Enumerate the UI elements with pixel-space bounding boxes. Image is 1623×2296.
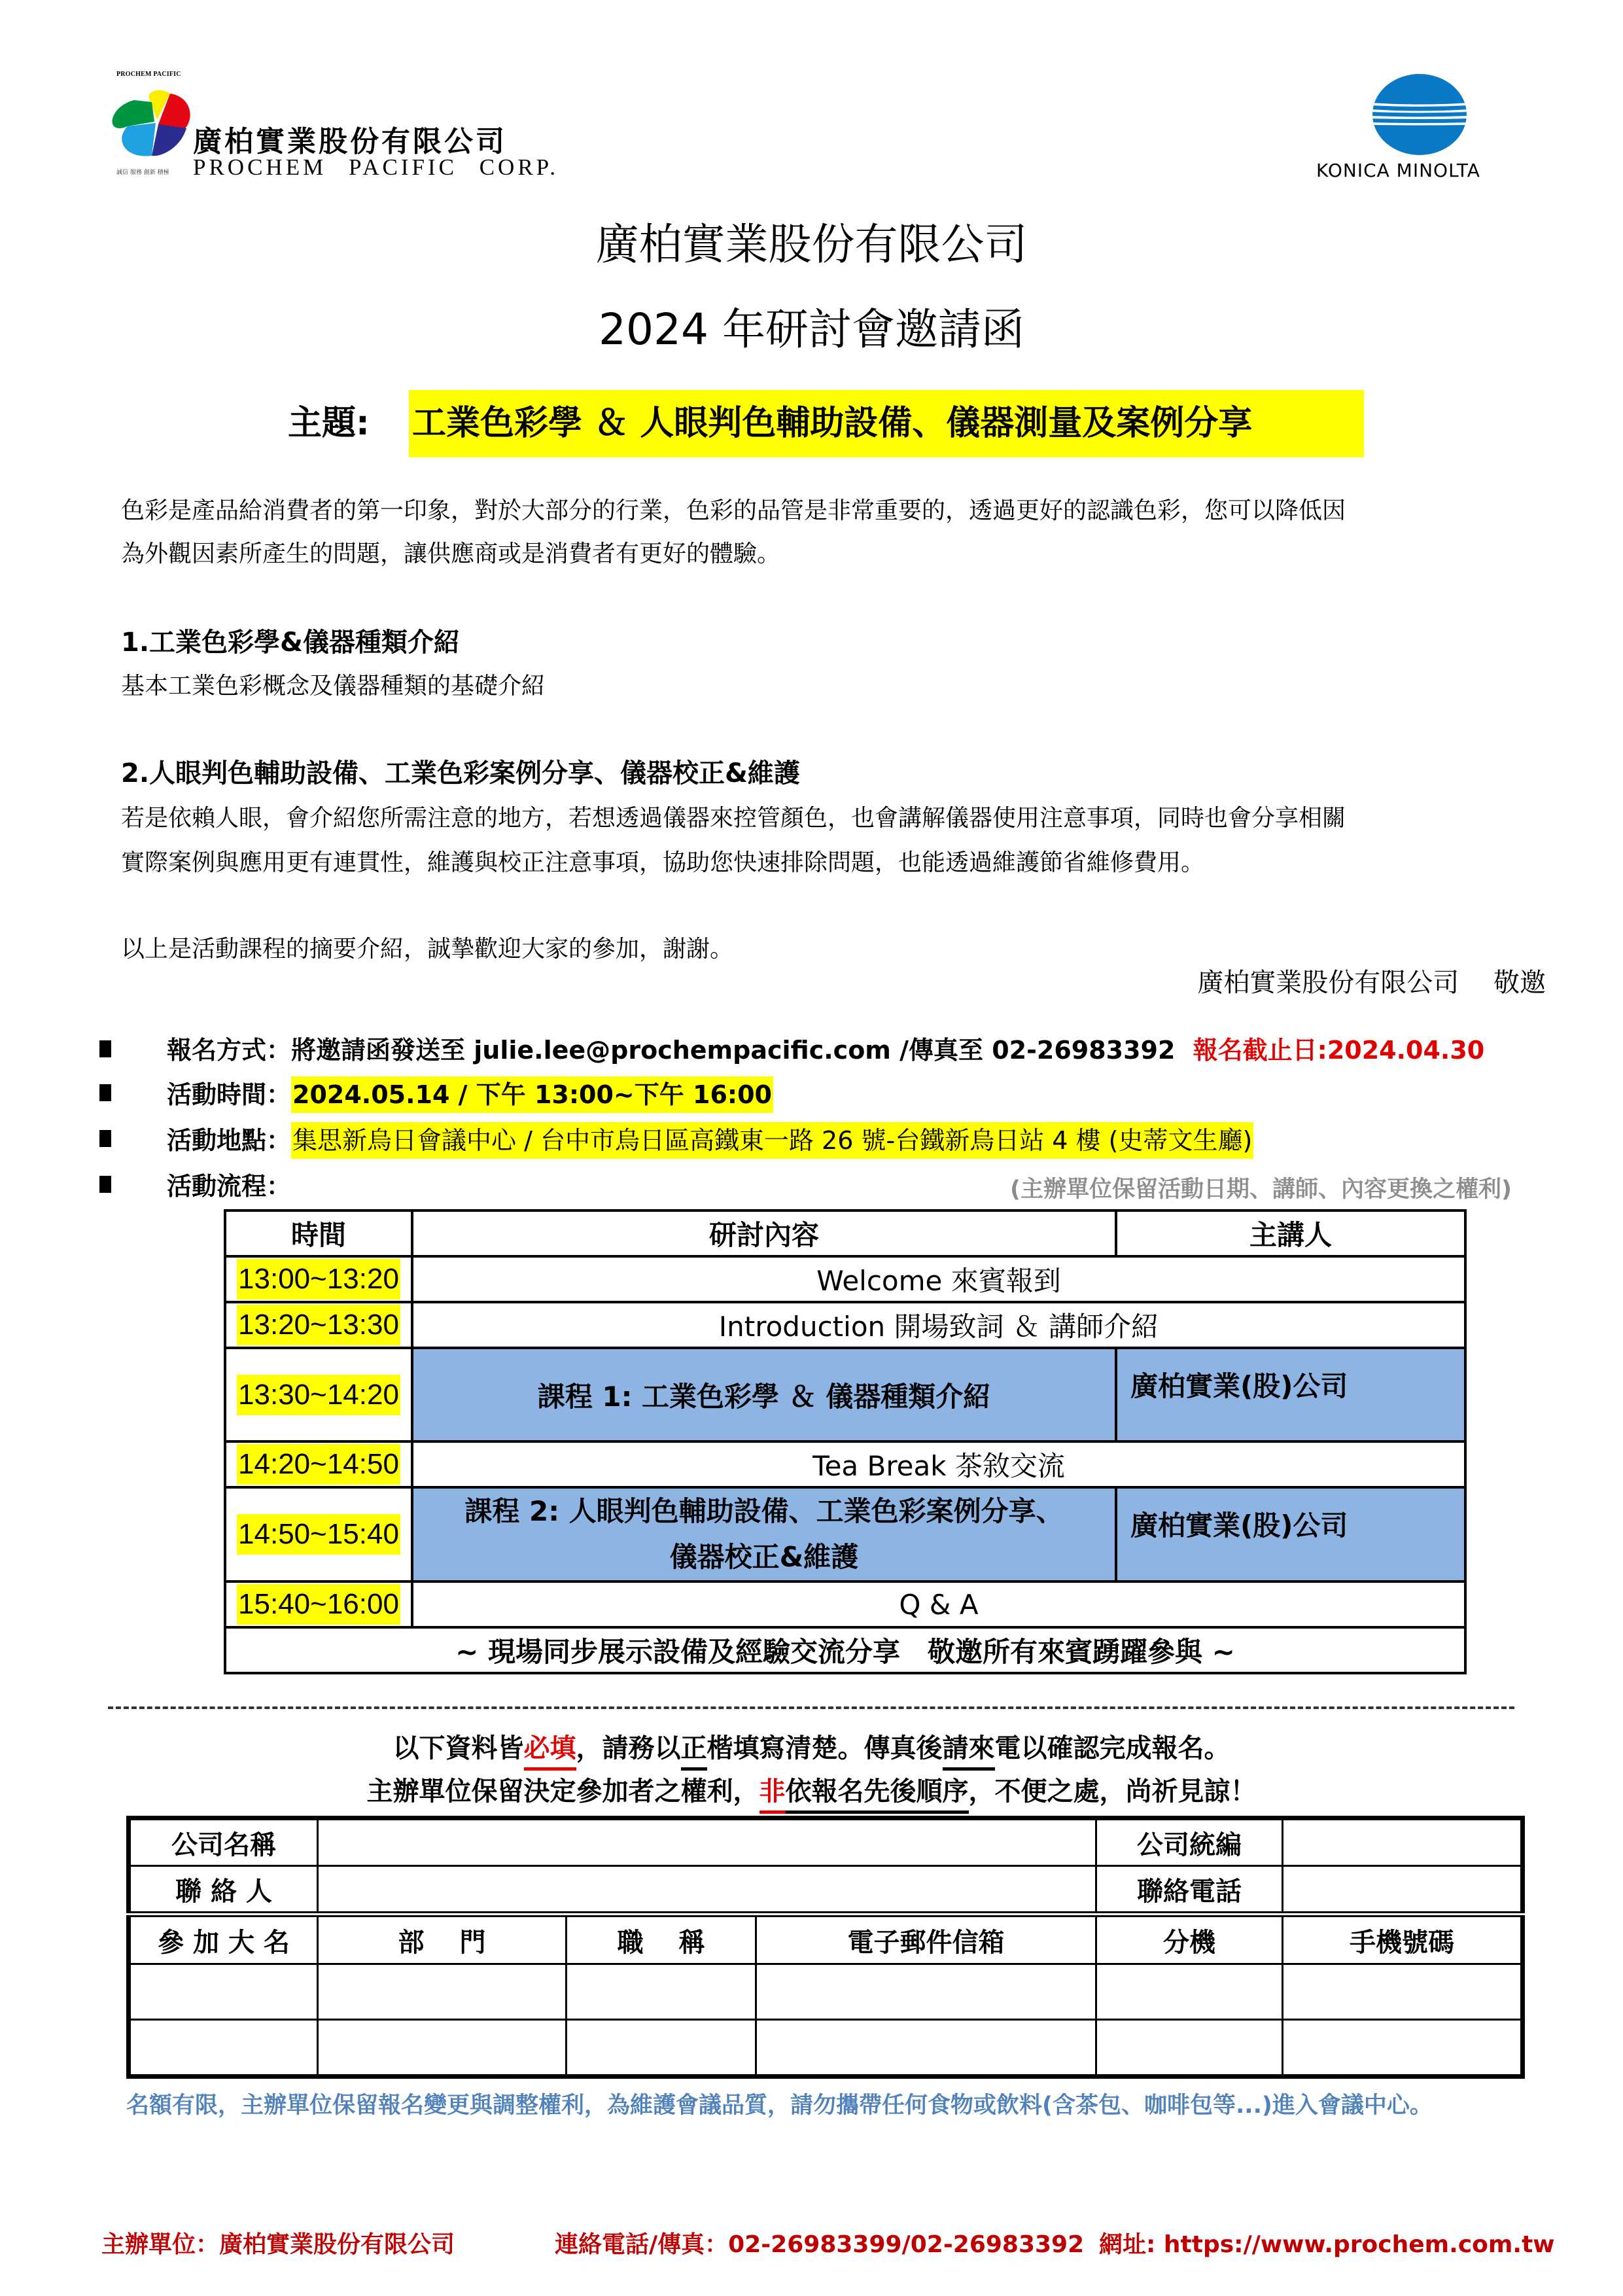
section-1-heading: 1.工業色彩學&儀器種類介紹 — [121, 622, 460, 659]
email-header: 電子郵件信箱 — [756, 1915, 1096, 1964]
section-2-text-1: 若是依賴人眼，會介紹您所需注意的地方，若想透過儀器來控管顏色，也會講解儀器使用注… — [121, 800, 1346, 833]
topic-label: 主題: — [288, 395, 370, 444]
footer-organizer: 主辦單位：廣柏實業股份有限公司 — [101, 2226, 455, 2259]
extension-header: 分機 — [1096, 1915, 1283, 1964]
form-row-company: 公司名稱 公司統編 — [129, 1818, 1523, 1866]
event-time-label: 活動時間： — [167, 1080, 291, 1109]
contact-phone-field[interactable] — [1283, 1866, 1523, 1915]
job-title-header: 職 稱 — [567, 1915, 756, 1964]
form-notice-line-2: 主辦單位保留決定參加者之權利，非依報名先後順序，不便之處，尚祈見諒！ — [0, 1771, 1623, 1808]
department-header: 部 門 — [318, 1915, 567, 1964]
document-title-company: 廣柏實業股份有限公司 — [0, 209, 1623, 272]
email-field[interactable] — [756, 1964, 1096, 2020]
notice-underline: 請來 — [943, 1733, 995, 1771]
signature: 廣柏實業股份有限公司 敬邀 — [1197, 962, 1546, 999]
registration-deadline: 報名截止日:2024.04.30 — [1193, 1036, 1485, 1065]
notice-text: 以下資料皆 — [393, 1733, 524, 1763]
intro-line-2: 為外觀因素所產生的問題，讓供應商或是消費者有更好的體驗。 — [121, 535, 780, 569]
schedule-time: 13:30~14:20 — [237, 1375, 400, 1415]
event-location-label: 活動地點： — [167, 1126, 291, 1155]
schedule-time: 13:00~13:20 — [237, 1259, 400, 1299]
prochem-company-cn: 廣柏實業股份有限公司 — [193, 118, 507, 160]
footer-website-link[interactable]: 網址: https://www.prochem.com.tw — [1099, 2226, 1555, 2259]
prochem-motto: 誠信 服務 創新 積極 — [116, 168, 169, 176]
schedule-row: 13:20~13:30 Introduction 開場致詞 ＆ 講師介紹 — [225, 1302, 1465, 1348]
form-row-contact: 聯 絡 人 聯絡電話 — [129, 1866, 1523, 1915]
footer-contact: 連絡電話/傳真：02-26983399/02-26983392 — [555, 2226, 1084, 2259]
event-location-value: 集思新烏日會議中心 / 台中市烏日區高鐵東一路 26 號-台鐵新烏日站 4 樓 … — [291, 1122, 1253, 1159]
notice-underline: 正 — [681, 1733, 707, 1771]
contact-person-field[interactable] — [318, 1866, 1096, 1915]
company-name-label: 公司名稱 — [129, 1818, 318, 1866]
closing-text: 以上是活動課程的摘要介紹，誠摯歡迎大家的參加，謝謝。 — [121, 930, 733, 964]
schedule-table: 時間 研討內容 主講人 13:00~13:20 Welcome 來賓報到 13:… — [224, 1209, 1467, 1674]
schedule-header-time: 時間 — [225, 1210, 412, 1256]
attendee-row — [129, 2020, 1523, 2077]
notice-required-emphasis: 必填 — [524, 1733, 576, 1771]
department-field[interactable] — [318, 2020, 567, 2077]
attendee-row — [129, 1964, 1523, 2020]
registration-label: 報名方式： — [167, 1036, 291, 1065]
document-title-invitation: 2024 年研討會邀請函 — [0, 294, 1623, 357]
schedule-footer-row: ~ 現場同步展示設備及經驗交流分享 敬邀所有來賓踴躍參與 ~ — [225, 1627, 1465, 1673]
schedule-time: 15:40~16:00 — [237, 1584, 400, 1625]
notice-text: 楷填寫清楚。傳真後 — [707, 1733, 943, 1763]
notice-text: ，請務以 — [576, 1733, 681, 1763]
registration-text: 將邀請函發送至 julie.lee@prochempacific.com /傳真… — [291, 1036, 1175, 1065]
bullet-icon — [99, 1084, 111, 1101]
section-1-text: 基本工業色彩概念及儀器種類的基礎介紹 — [121, 667, 545, 701]
konica-minolta-wordmark: KONICA MINOLTA — [1316, 160, 1480, 181]
prochem-small-label: PROCHEM PACIFIC — [116, 71, 181, 78]
schedule-content: Tea Break 茶敘交流 — [412, 1441, 1465, 1487]
attendee-name-field[interactable] — [129, 2020, 318, 2077]
schedule-header-row: 時間 研討內容 主講人 — [225, 1210, 1465, 1256]
job-title-field[interactable] — [567, 1964, 756, 2020]
schedule-row-session-2: 14:50~15:40 課程 2: 人眼判色輔助設備、工業色彩案例分享、 儀器校… — [225, 1487, 1465, 1581]
schedule-row: 13:00~13:20 Welcome 來賓報到 — [225, 1256, 1465, 1302]
mobile-header: 手機號碼 — [1283, 1915, 1523, 1964]
schedule-content-line-2: 儀器校正&維護 — [413, 1534, 1115, 1580]
intro-line-1: 色彩是產品給消費者的第一印象，對於大部分的行業，色彩的品管是非常重要的，透過更好… — [121, 492, 1346, 525]
prochem-logo-icon — [105, 84, 196, 162]
extension-field[interactable] — [1096, 2020, 1283, 2077]
schedule-header-content: 研討內容 — [412, 1210, 1116, 1256]
department-field[interactable] — [318, 1964, 567, 2020]
contact-person-label: 聯 絡 人 — [129, 1866, 318, 1915]
schedule-content: Introduction 開場致詞 ＆ 講師介紹 — [412, 1302, 1465, 1348]
schedule-row-session-1: 13:30~14:20 課程 1: 工業色彩學 ＆ 儀器種類介紹 廣柏實業(股)… — [225, 1348, 1465, 1441]
schedule-time: 13:20~13:30 — [237, 1305, 400, 1345]
attendee-header-row: 參 加 大 名 部 門 職 稱 電子郵件信箱 分機 手機號碼 — [129, 1915, 1523, 1964]
schedule-content: Welcome 來賓報到 — [412, 1256, 1465, 1302]
mobile-field[interactable] — [1283, 1964, 1523, 2020]
notice-underline: 依報名先後順序 — [786, 1776, 969, 1814]
bullet-icon — [99, 1176, 111, 1193]
topic-text: 工業色彩學 ＆ 人眼判色輔助設備、儀器測量及案例分享 — [412, 395, 1252, 444]
prochem-company-en: PROCHEM PACIFIC CORP. — [193, 154, 559, 181]
company-id-field[interactable] — [1283, 1818, 1523, 1866]
mobile-field[interactable] — [1283, 2020, 1523, 2077]
section-2-text-2: 實際案例與應用更有連貫性，維護與校正注意事項，協助您快速排除問題，也能透過維護節… — [121, 844, 1204, 877]
schedule-content: Q & A — [412, 1581, 1465, 1627]
event-location-row: 活動地點：集思新烏日會議中心 / 台中市烏日區高鐵東一路 26 號-台鐵新烏日站… — [167, 1120, 1253, 1156]
schedule-time: 14:20~14:50 — [237, 1444, 400, 1485]
bullet-icon — [99, 1130, 111, 1147]
notice-text: 主辦單位保留決定參加者之權利， — [367, 1776, 759, 1807]
event-flow-label: 活動流程： — [167, 1166, 291, 1202]
schedule-row: 15:40~16:00 Q & A — [225, 1581, 1465, 1627]
schedule-header-speaker: 主講人 — [1116, 1210, 1465, 1256]
schedule-speaker: 廣柏實業(股)公司 — [1116, 1348, 1465, 1441]
schedule-speaker: 廣柏實業(股)公司 — [1116, 1487, 1465, 1581]
notice-not-emphasis: 非 — [759, 1776, 786, 1814]
event-time-row: 活動時間：2024.05.14 / 下午 13:00~下午 16:00 — [167, 1074, 773, 1110]
extension-field[interactable] — [1096, 1964, 1283, 2020]
flow-disclaimer: (主辦單位保留活動日期、講師、內容更換之權利) — [1010, 1171, 1512, 1204]
form-notice-line-1: 以下資料皆必填，請務以正楷填寫清楚。傳真後請來電以確認完成報名。 — [0, 1727, 1623, 1765]
schedule-footer: ~ 現場同步展示設備及經驗交流分享 敬邀所有來賓踴躍參與 ~ — [225, 1627, 1465, 1673]
section-2-heading: 2.人眼判色輔助設備、工業色彩案例分享、儀器校正&維護 — [121, 752, 800, 790]
company-name-field[interactable] — [318, 1818, 1096, 1866]
bullet-icon — [99, 1040, 111, 1057]
registration-row: 報名方式：將邀請函發送至 julie.lee@prochempacific.co… — [167, 1030, 1484, 1066]
schedule-content: 課程 2: 人眼判色輔助設備、工業色彩案例分享、 儀器校正&維護 — [412, 1487, 1116, 1581]
schedule-content-line-1: 課程 2: 人眼判色輔助設備、工業色彩案例分享、 — [413, 1489, 1115, 1534]
email-field[interactable] — [756, 2020, 1096, 2077]
schedule-content: 課程 1: 工業色彩學 ＆ 儀器種類介紹 — [412, 1348, 1116, 1441]
capacity-note: 名額有限，主辦單位保留報名變更與調整權利，為維護會議品質，請勿攜帶任何食物或飲料… — [126, 2087, 1433, 2120]
registration-form: 公司名稱 公司統編 聯 絡 人 聯絡電話 參 加 大 名 部 門 職 稱 電子郵… — [126, 1816, 1525, 2079]
schedule-row: 14:20~14:50 Tea Break 茶敘交流 — [225, 1441, 1465, 1487]
notice-text: 電以確認完成報名。 — [995, 1733, 1230, 1763]
attendee-name-field[interactable] — [129, 1964, 318, 2020]
attendee-name-header: 參 加 大 名 — [129, 1915, 318, 1964]
job-title-field[interactable] — [567, 2020, 756, 2077]
company-id-label: 公司統編 — [1096, 1818, 1283, 1866]
event-time-value: 2024.05.14 / 下午 13:00~下午 16:00 — [291, 1076, 773, 1113]
notice-text: ，不便之處，尚祈見諒！ — [969, 1776, 1257, 1807]
contact-phone-label: 聯絡電話 — [1096, 1866, 1283, 1915]
schedule-time: 14:50~15:40 — [237, 1514, 400, 1555]
cut-line-divider — [108, 1706, 1514, 1709]
konica-minolta-logo-icon — [1370, 72, 1469, 157]
